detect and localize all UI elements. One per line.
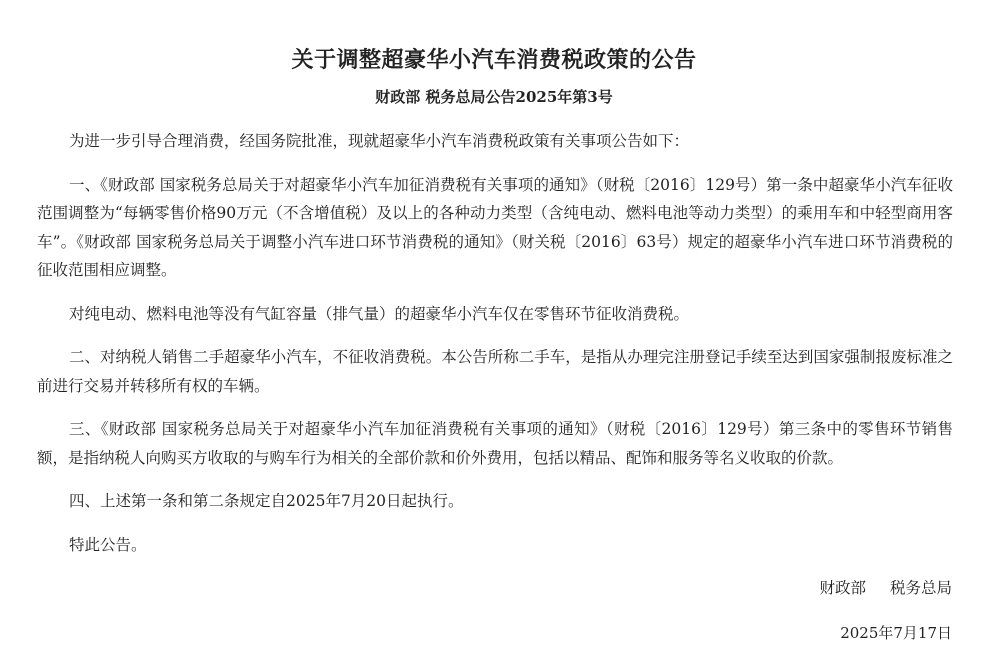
document-title: 关于调整超豪华小汽车消费税政策的公告 bbox=[0, 43, 988, 77]
document-number: 财政部 税务总局公告2025年第3号 bbox=[0, 86, 988, 108]
paragraph-article-4: 四、上述第一条和第二条规定自2025年7月20日起执行。 bbox=[37, 487, 953, 516]
paragraph-closing: 特此公告。 bbox=[37, 531, 953, 560]
paragraph-article-1-note: 对纯电动、燃料电池等没有气缸容量（排气量）的超豪华小汽车仅在零售环节征收消费税。 bbox=[37, 300, 953, 329]
announcement-page: 关于调整超豪华小汽车消费税政策的公告 财政部 税务总局公告2025年第3号 为进… bbox=[0, 0, 988, 658]
issuer-ministry-of-finance: 财政部 bbox=[819, 579, 866, 597]
document-body: 为进一步引导合理消费，经国务院批准，现就超豪华小汽车消费税政策有关事项公告如下：… bbox=[37, 127, 953, 559]
paragraph-intro: 为进一步引导合理消费，经国务院批准，现就超豪华小汽车消费税政策有关事项公告如下： bbox=[37, 127, 953, 156]
issuer-tax-administration: 税务总局 bbox=[890, 579, 952, 597]
paragraph-article-3: 三、《财政部 国家税务总局关于对超豪华小汽车加征消费税有关事项的通知》（财税〔2… bbox=[37, 415, 953, 472]
signature-block: 财政部税务总局 bbox=[819, 576, 952, 600]
paragraph-article-2: 二、对纳税人销售二手超豪华小汽车，不征收消费税。本公告所称二手车，是指从办理完注… bbox=[37, 343, 953, 400]
paragraph-article-1: 一、《财政部 国家税务总局关于对超豪华小汽车加征消费税有关事项的通知》（财税〔2… bbox=[37, 171, 953, 285]
issue-date: 2025年7月17日 bbox=[840, 621, 952, 645]
